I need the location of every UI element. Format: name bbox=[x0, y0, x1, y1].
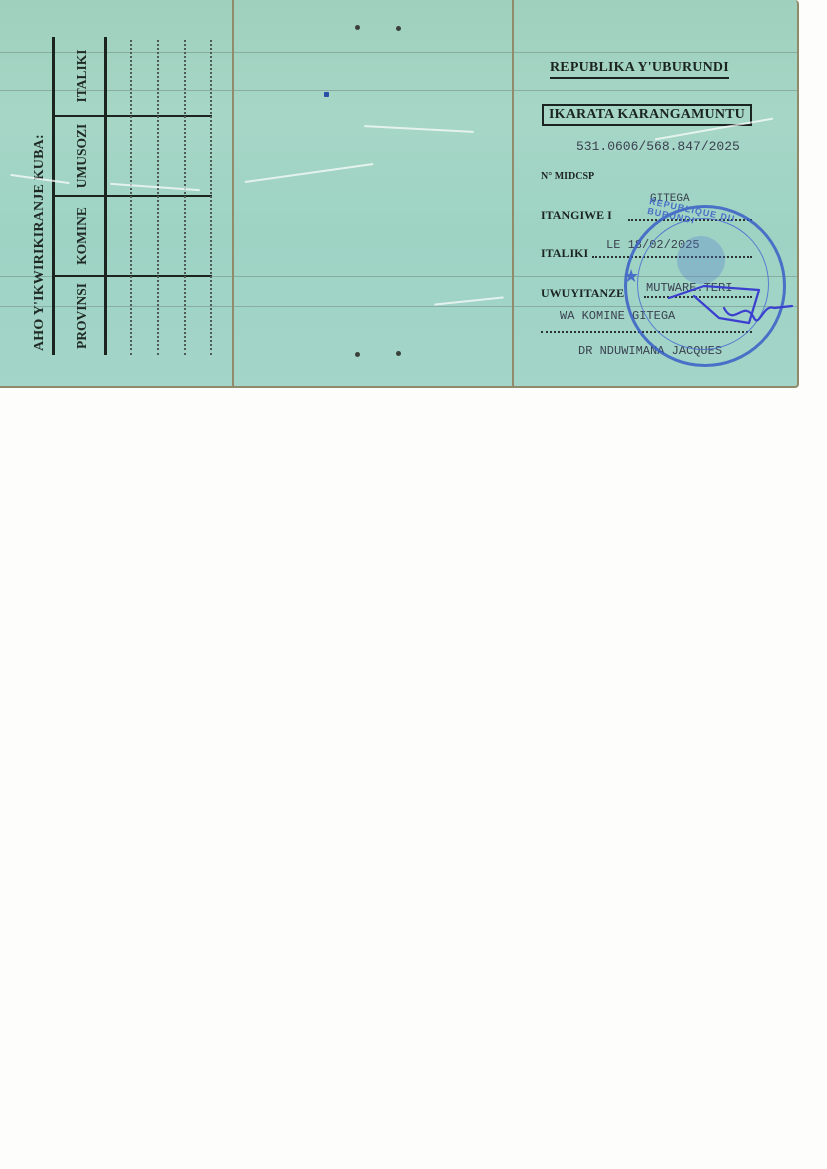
crease bbox=[364, 125, 474, 133]
col-provinsi: PROVINSI bbox=[62, 277, 102, 355]
date-label: ITALIKI bbox=[541, 246, 588, 261]
ink-mark bbox=[324, 92, 329, 97]
address-change-panel: AHO Y'IKWIRIKIRANJE KUBA: PROVINSI KOMIN… bbox=[0, 0, 232, 386]
issuer-label: UWUYITANZE bbox=[541, 286, 624, 301]
card-number: 531.0606/568.847/2025 bbox=[576, 139, 740, 154]
column-separator bbox=[52, 195, 212, 197]
column-separator bbox=[52, 275, 212, 277]
midcsp-label: N° MIDCSP bbox=[541, 171, 594, 182]
col-italiki: ITALIKI bbox=[62, 37, 102, 115]
card-title: IKARATA KARANGAMUNTU bbox=[542, 104, 752, 126]
crease bbox=[434, 296, 504, 305]
punch-hole bbox=[355, 25, 360, 30]
entry-row-line bbox=[130, 40, 132, 355]
coat-of-arms-icon bbox=[677, 236, 725, 284]
punch-hole bbox=[396, 26, 401, 31]
entry-row-line bbox=[184, 40, 186, 355]
column-separator bbox=[52, 115, 212, 117]
identity-details-panel: REPUBLIKA Y'UBURUNDI IKARATA KARANGAMUNT… bbox=[514, 0, 797, 386]
crease bbox=[244, 163, 373, 183]
republic-heading: REPUBLIKA Y'UBURUNDI bbox=[550, 60, 729, 79]
issued-at-label: ITANGIWE I bbox=[541, 208, 612, 223]
address-table: AHO Y'IKWIRIKIRANJE KUBA: PROVINSI KOMIN… bbox=[30, 35, 230, 355]
punch-hole bbox=[355, 352, 360, 357]
entry-row-line bbox=[157, 40, 159, 355]
address-table-title: AHO Y'IKWIRIKIRANJE KUBA: bbox=[32, 134, 48, 351]
signature-icon bbox=[664, 278, 794, 338]
col-komine: KOMINE bbox=[62, 197, 102, 275]
identity-card: AHO Y'IKWIRIKIRANJE KUBA: PROVINSI KOMIN… bbox=[0, 0, 799, 388]
blank-middle-panel bbox=[234, 0, 512, 386]
star-icon: ★ bbox=[623, 266, 639, 287]
punch-hole bbox=[396, 351, 401, 356]
entry-row-line bbox=[210, 40, 212, 355]
